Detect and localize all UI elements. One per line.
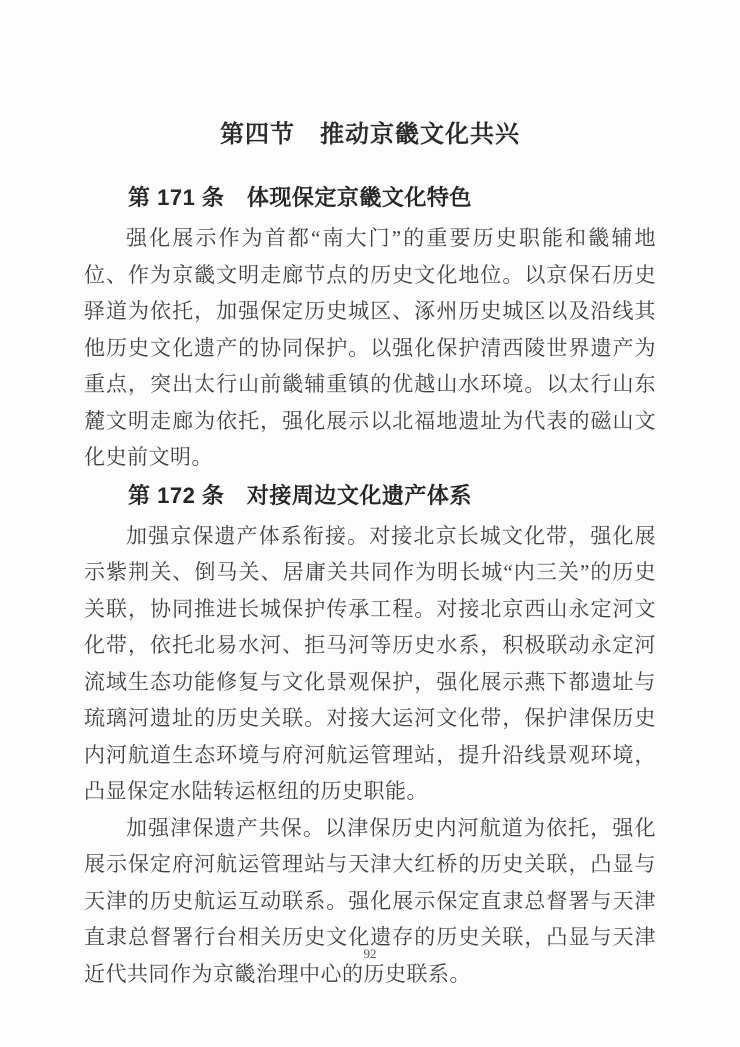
article-171-heading: 第 171 条 体现保定京畿文化特色 [84,180,656,216]
document-page: 第四节 推动京畿文化共兴 第 171 条 体现保定京畿文化特色 强化展示作为首都… [0,0,740,1047]
page-content: 第四节 推动京畿文化共兴 第 171 条 体现保定京畿文化特色 强化展示作为首都… [84,120,656,992]
page-number: 92 [0,946,740,962]
article-171-paragraph: 强化展示作为首都“南大门”的重要历史职能和畿辅地位、作为京畿文明走廊节点的历史文… [84,220,656,476]
article-172-heading: 第 172 条 对接周边文化遗产体系 [84,478,656,514]
article-172-paragraph-1: 加强京保遗产体系衔接。对接北京长城文化带，强化展示紫荆关、倒马关、居庸关共同作为… [84,518,656,810]
section-title: 第四节 推动京畿文化共兴 [84,120,656,150]
article-172-paragraph-2: 加强津保遗产共保。以津保历史内河航道为依托，强化展示保定府河航运管理站与天津大红… [84,810,656,993]
